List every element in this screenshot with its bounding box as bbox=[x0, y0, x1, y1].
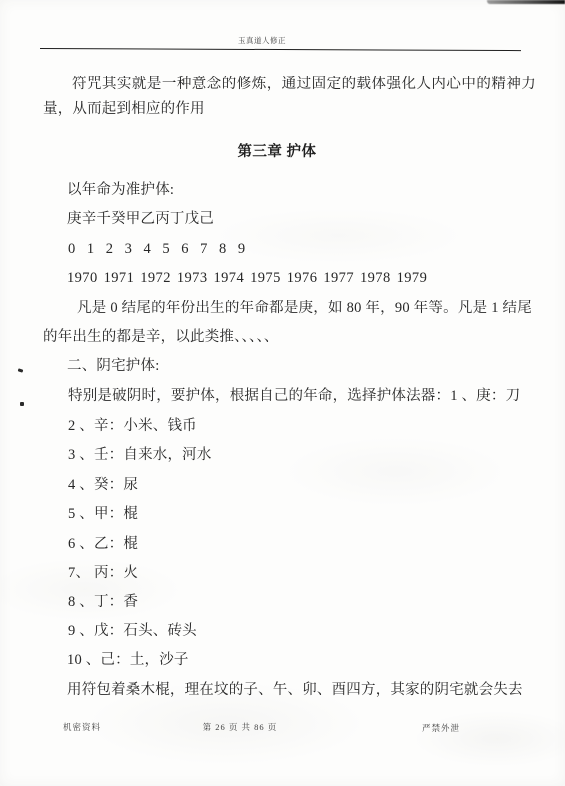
body-line: 特别是破阴时，要护体，根据自己的年命，选择护体法器：1 、庚：刀 bbox=[68, 388, 520, 405]
body-line: 3 、壬：自来水，河水 bbox=[68, 447, 212, 464]
body-line: 的年出生的都是辛，以此类推、、、、、 bbox=[43, 329, 279, 346]
scanned-document-page: 玉真道人修正 符咒其实就是一种意念的修炼，通过固定的载体强化人内心中的精神力 量… bbox=[0, 0, 565, 786]
body-line: 7、 丙：火 bbox=[68, 565, 138, 582]
footer-page-indicator: 第 26 页 共 86 页 bbox=[0, 721, 480, 733]
body-line: 8 、丁：香 bbox=[68, 594, 138, 611]
body-line: 以年命为准护体: bbox=[67, 182, 174, 199]
running-header-title: 玉真道人修正 bbox=[0, 35, 524, 46]
scan-speck bbox=[20, 402, 24, 406]
body-line: 用符包着桑木棍，理在坟的子、午、卯、酉四方，其家的阴宅就会失去 bbox=[67, 682, 523, 699]
body-line: 9 、戊：石头、砖头 bbox=[68, 623, 197, 640]
body-line: 0 1 2 3 4 5 6 7 8 9 bbox=[68, 241, 248, 258]
scan-speck bbox=[18, 368, 24, 372]
body-line: 6 、乙：棍 bbox=[68, 536, 138, 553]
body-line: 量，从而起到相应的作用 bbox=[43, 101, 205, 118]
header-rule bbox=[40, 48, 521, 51]
body-line: 庚辛千癸甲乙丙丁戊己 bbox=[67, 211, 214, 228]
body-line: 5 、甲：棍 bbox=[68, 506, 138, 523]
body-line: 符咒其实就是一种意念的修炼，通过固定的载体强化人内心中的精神力 bbox=[72, 76, 536, 94]
body-line: 2 、辛：小米、钱币 bbox=[68, 418, 197, 435]
body-line: 凡是 0 结尾的年份出生的年命都是庚，如 80 年，90 年等。凡是 1 结尾 bbox=[77, 300, 532, 318]
body-line: 1970 1971 1972 1973 1974 1975 1976 1977 … bbox=[67, 270, 427, 287]
body-line: 10 、己：土，沙子 bbox=[67, 652, 189, 669]
scan-smudge-top-right bbox=[487, 0, 565, 4]
chapter-title: 第三章 护体 bbox=[0, 140, 554, 161]
body-line: 二、阴宅护体: bbox=[67, 358, 159, 375]
body-line: 4 、癸：尿 bbox=[68, 477, 138, 494]
footer-warning-label: 严禁外泄 bbox=[422, 722, 460, 734]
